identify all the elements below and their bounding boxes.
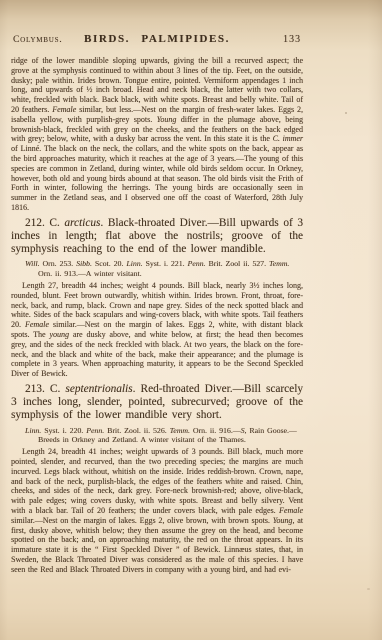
scanned-book-page: Colymbus. BIRDS. PALMIPIDES. 133 ridge o… (0, 0, 382, 640)
header-genus-label: Colymbus. (13, 35, 62, 45)
page-gutter-shading (0, 0, 8, 640)
paper-blemish (367, 588, 370, 590)
header-section-title: BIRDS. PALMIPIDES. (84, 33, 230, 45)
species-heading-212-arcticus: 212. C. arcticus. Black-throated Diver.—… (11, 217, 303, 257)
page-edge-shading (368, 0, 382, 640)
paper-blemish (345, 112, 347, 114)
paragraph-species-continuation: ridge of the lower mandible sloping upwa… (11, 56, 303, 213)
running-header: Colymbus. BIRDS. PALMIPIDES. 133 (11, 33, 303, 47)
references-213: Linn. Syst. i. 220. Penn. Brit. Zool. ii… (38, 426, 303, 445)
page-number: 133 (283, 34, 301, 45)
description-212-black-throated-diver: Length 27, breadth 44 inches; weight 4 p… (11, 281, 303, 379)
page-content: Colymbus. BIRDS. PALMIPIDES. 133 ridge o… (11, 33, 303, 574)
description-213-red-throated-diver: Length 24, breadth 41 inches; weight upw… (11, 447, 303, 574)
references-212: Will. Orn. 253. Sibb. Scot. 20. Linn. Sy… (38, 259, 303, 278)
species-heading-213-septentrionalis: 213. C. septentrionalis. Red-throated Di… (11, 383, 303, 423)
